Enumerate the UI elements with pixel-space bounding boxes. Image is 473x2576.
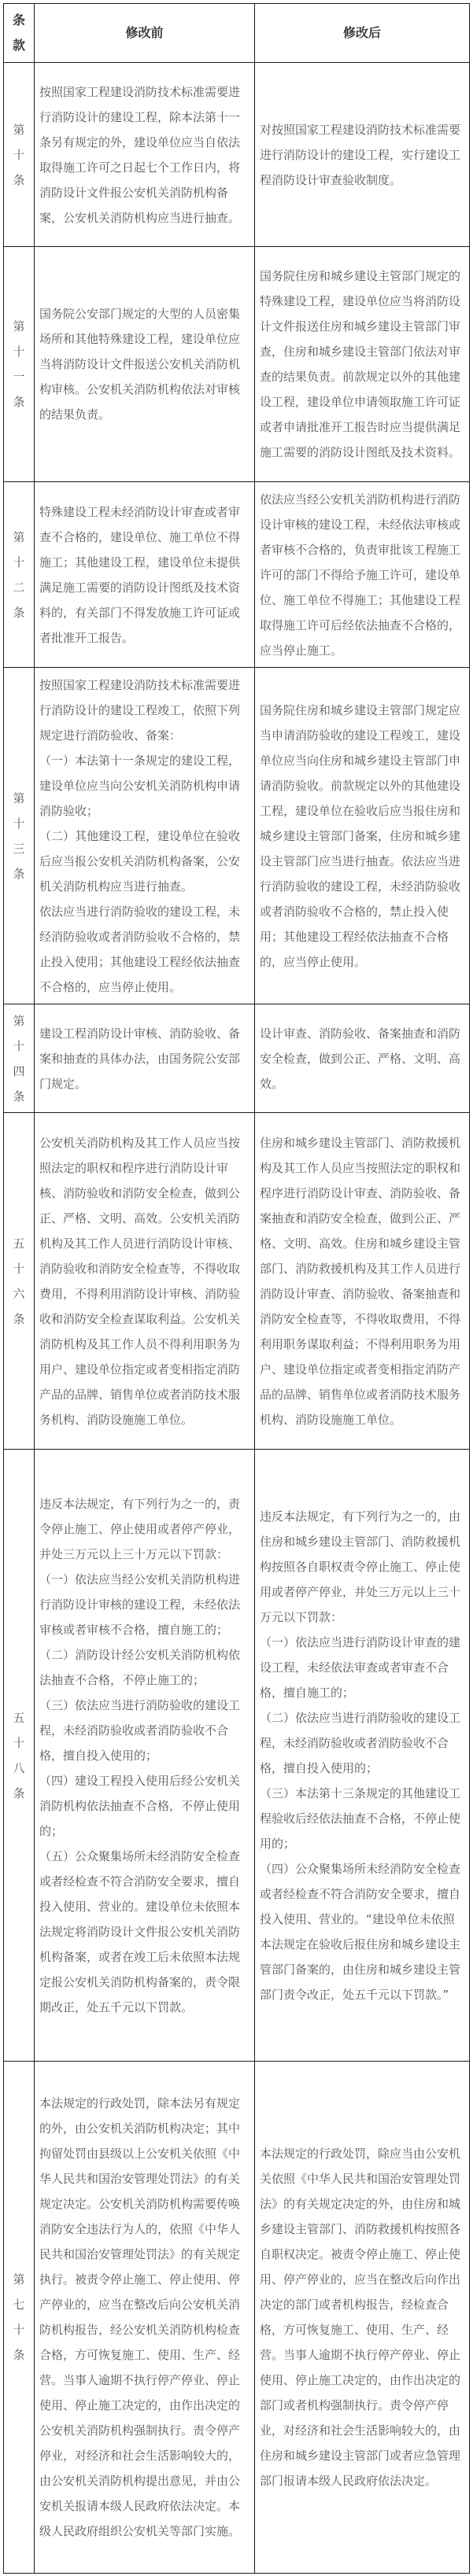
after-text: 住房和城乡建设主管部门、消防救援机构及其工作人员应当按照法定的职权和程序进行消防… bbox=[260, 1130, 464, 1432]
after-text: 依法应当经公安机关消防机构进行消防设计审核的建设工程，未经依法审核或者审核不合格… bbox=[260, 487, 464, 663]
header-clause-char: 条 bbox=[9, 8, 29, 33]
comparison-table-container: 条 款 修改前 修改后 第十条 按照国家工程建设消防技术标准需要进行消防设计的建… bbox=[3, 3, 469, 2574]
clause-char: 十 bbox=[7, 142, 31, 168]
header-after: 修改后 bbox=[255, 4, 470, 63]
clause-char: 十 bbox=[7, 1256, 31, 1281]
clause-cell: 第十条 bbox=[4, 63, 35, 247]
before-cell: 公安机关消防机构及其工作人员应当按照法定的职权和程序进行消防设计审核、消防验收和… bbox=[35, 1113, 255, 1450]
table-row: 第十条 按照国家工程建设消防技术标准需要进行消防设计的建设工程，除本法第十一条另… bbox=[4, 63, 470, 247]
before-cell: 违反本法规定，有下列行为之一的，责令停止施工、停止使用或者停产停业，并处三万元以… bbox=[35, 1450, 255, 2062]
clause-char: 七 bbox=[7, 2292, 31, 2317]
clause-char: 三 bbox=[7, 836, 31, 861]
before-text: 建设工程消防设计审核、消防验收、备案和抽查的具体办法，由国务院公安部门规定。 bbox=[39, 1021, 249, 1096]
before-cell: 按照国家工程建设消防技术标准需要进行消防设计的建设工程，除本法第十一条另有规定的… bbox=[35, 63, 255, 247]
table-body: 第十条 按照国家工程建设消防技术标准需要进行消防设计的建设工程，除本法第十一条另… bbox=[4, 63, 470, 2574]
after-text: 对按照国家工程建设消防技术标准需要进行消防设计的建设工程，实行建设工程消防设计审… bbox=[260, 117, 464, 193]
clause-char: 第 bbox=[7, 786, 31, 811]
clause-char: 五 bbox=[7, 1231, 31, 1256]
after-text: 本法规定的行政处罚，除应当由公安机关依照《中华人民共和国治安管理处罚法》的有关规… bbox=[260, 2141, 464, 2493]
header-clause-char: 款 bbox=[9, 33, 29, 58]
before-text: 按照国家工程建设消防技术标准需要进行消防设计的建设工程，除本法第十一条另有规定的… bbox=[39, 79, 249, 230]
after-cell: 国务院住房和城乡建设主管部门规定应当申请消防验收的建设工程竣工，建设单位应当向住… bbox=[255, 668, 470, 1004]
before-text: 违反本法规定，有下列行为之一的，责令停止施工、停止使用或者停产停业，并处三万元以… bbox=[39, 1491, 249, 2020]
clause-char: 五 bbox=[7, 1705, 31, 1730]
clause-char: 十 bbox=[7, 1034, 31, 1059]
clause-char: 十 bbox=[7, 339, 31, 364]
clause-char: 一 bbox=[7, 364, 31, 389]
table-row: 第十三条 按照国家工程建设消防技术标准需要进行消防设计的建设工程竣工，依照下列规… bbox=[4, 668, 470, 1004]
clause-char: 条 bbox=[7, 600, 31, 625]
clause-cell: 第十三条 bbox=[4, 668, 35, 1004]
after-cell: 违反本法规定，有下列行为之一的，由住房和城乡建设主管部门、消防救援机构按照各自职… bbox=[255, 1450, 470, 2062]
clause-char: 八 bbox=[7, 1756, 31, 1781]
clause-char: 六 bbox=[7, 1281, 31, 1306]
clause-char: 条 bbox=[7, 2342, 31, 2368]
after-cell: 国务院住房和城乡建设主管部门规定的特殊建设工程，建设单位应当将消防设计文件报送住… bbox=[255, 247, 470, 482]
before-text: 国务院公安部门规定的大型的人员密集场所和其他特殊建设工程，建设单位应当将消防设计… bbox=[39, 301, 249, 427]
clause-char: 第 bbox=[7, 314, 31, 339]
clause-char: 四 bbox=[7, 1059, 31, 1084]
clause-char: 十 bbox=[7, 550, 31, 575]
header-before: 修改前 bbox=[35, 4, 255, 63]
clause-char: 第 bbox=[7, 525, 31, 550]
clause-char: 十 bbox=[7, 2317, 31, 2342]
clause-cell: 第十四条 bbox=[4, 1004, 35, 1113]
table-header-row: 条 款 修改前 修改后 bbox=[4, 4, 470, 63]
after-cell: 依法应当经公安机关消防机构进行消防设计审核的建设工程，未经依法审核或者审核不合格… bbox=[255, 482, 470, 668]
after-cell: 住房和城乡建设主管部门、消防救援机构及其工作人员应当按照法定的职权和程序进行消防… bbox=[255, 1113, 470, 1450]
table-row: 第十四条 建设工程消防设计审核、消防验收、备案和抽查的具体办法，由国务院公安部门… bbox=[4, 1004, 470, 1113]
clause-cell: 五十八条 bbox=[4, 1450, 35, 2062]
clause-cell: 第十一条 bbox=[4, 247, 35, 482]
before-text: 本法规定的行政处罚，除本法另有规定的外，由公安机关消防机构决定；其中拘留处罚由县… bbox=[39, 2091, 249, 2544]
before-cell: 特殊建设工程未经消防设计审查或者审查不合格的，建设单位、施工单位不得施工；其他建… bbox=[35, 482, 255, 668]
before-cell: 本法规定的行政处罚，除本法另有规定的外，由公安机关消防机构决定；其中拘留处罚由县… bbox=[35, 2062, 255, 2574]
before-text: 按照国家工程建设消防技术标准需要进行消防设计的建设工程竣工，依照下列规定进行消防… bbox=[39, 673, 249, 1000]
clause-char: 第 bbox=[7, 1008, 31, 1034]
clause-char: 条 bbox=[7, 389, 31, 415]
after-text: 设计审查、消防验收、备案抽查和消防安全检查，做到公正、严格、文明、高效。 bbox=[260, 1021, 464, 1096]
clause-cell: 五十六条 bbox=[4, 1113, 35, 1450]
clause-char: 条 bbox=[7, 1084, 31, 1109]
table-row: 五十八条 违反本法规定，有下列行为之一的，责令停止施工、停止使用或者停产停业，并… bbox=[4, 1450, 470, 2062]
clause-char: 第 bbox=[7, 117, 31, 142]
clause-char: 十 bbox=[7, 1730, 31, 1756]
clause-cell: 第七十条 bbox=[4, 2062, 35, 2574]
after-text: 国务院住房和城乡建设主管部门规定的特殊建设工程，建设单位应当将消防设计文件报送住… bbox=[260, 263, 464, 465]
table-row: 第七十条 本法规定的行政处罚，除本法另有规定的外，由公安机关消防机构决定；其中拘… bbox=[4, 2062, 470, 2574]
before-cell: 建设工程消防设计审核、消防验收、备案和抽查的具体办法，由国务院公安部门规定。 bbox=[35, 1004, 255, 1113]
clause-char: 条 bbox=[7, 1781, 31, 1806]
after-cell: 本法规定的行政处罚，除应当由公安机关依照《中华人民共和国治安管理处罚法》的有关规… bbox=[255, 2062, 470, 2574]
clause-char: 十 bbox=[7, 811, 31, 836]
clause-cell: 第十二条 bbox=[4, 482, 35, 668]
table-row: 第十一条 国务院公安部门规定的大型的人员密集场所和其他特殊建设工程，建设单位应当… bbox=[4, 247, 470, 482]
clause-char: 条 bbox=[7, 861, 31, 886]
before-cell: 国务院公安部门规定的大型的人员密集场所和其他特殊建设工程，建设单位应当将消防设计… bbox=[35, 247, 255, 482]
after-cell: 设计审查、消防验收、备案抽查和消防安全检查，做到公正、严格、文明、高效。 bbox=[255, 1004, 470, 1113]
table-row: 五十六条 公安机关消防机构及其工作人员应当按照法定的职权和程序进行消防设计审核、… bbox=[4, 1113, 470, 1450]
after-text: 违反本法规定，有下列行为之一的，由住房和城乡建设主管部门、消防救援机构按照各自职… bbox=[260, 1504, 464, 2007]
clause-char: 二 bbox=[7, 575, 31, 600]
header-clause: 条 款 bbox=[4, 4, 35, 63]
amendment-comparison-table: 条 款 修改前 修改后 第十条 按照国家工程建设消防技术标准需要进行消防设计的建… bbox=[3, 3, 470, 2574]
table-row: 第十二条 特殊建设工程未经消防设计审查或者审查不合格的，建设单位、施工单位不得施… bbox=[4, 482, 470, 668]
before-cell: 按照国家工程建设消防技术标准需要进行消防设计的建设工程竣工，依照下列规定进行消防… bbox=[35, 668, 255, 1004]
after-text: 国务院住房和城乡建设主管部门规定应当申请消防验收的建设工程竣工，建设单位应当向住… bbox=[260, 698, 464, 975]
before-text: 特殊建设工程未经消防设计审查或者审查不合格的，建设单位、施工单位不得施工；其他建… bbox=[39, 499, 249, 650]
clause-char: 条 bbox=[7, 168, 31, 193]
after-cell: 对按照国家工程建设消防技术标准需要进行消防设计的建设工程，实行建设工程消防设计审… bbox=[255, 63, 470, 247]
clause-char: 第 bbox=[7, 2267, 31, 2292]
before-text: 公安机关消防机构及其工作人员应当按照法定的职权和程序进行消防设计审核、消防验收和… bbox=[39, 1130, 249, 1432]
clause-char: 条 bbox=[7, 1306, 31, 1332]
